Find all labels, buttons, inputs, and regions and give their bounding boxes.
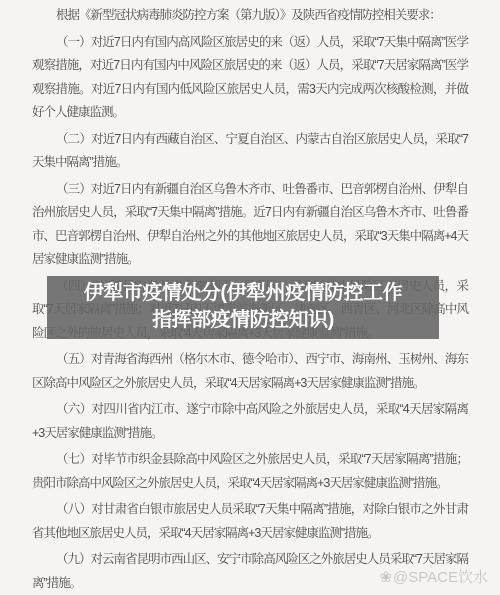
paragraph-4-with-overlay: （四）对近7日内有天津市津南区、西青区、河北区高中风险区旅居史人员，采取“7天居… — [32, 275, 468, 346]
policy-paragraph-3: （三）对近7日内有新疆自治区乌鲁木齐市、吐鲁番市、巴音郭楞自治州、伊犁自治州旅居… — [32, 178, 468, 272]
watermark: ❀@SPACE饮水 — [379, 566, 488, 587]
policy-paragraph-1: （一）对近7日内有国内高风险区旅居史的来（返）人员，采取“7天集中隔离”医学观察… — [32, 31, 468, 125]
intro-paragraph: 根据《新型冠状病毒肺炎防控方案（第九版）》及陕西省疫情防控相关要求： — [32, 4, 468, 28]
article-page: 根据《新型冠状病毒肺炎防控方案（第九版）》及陕西省疫情防控相关要求： （一）对近… — [0, 0, 500, 595]
overlay-title-line-1: 伊犁市疫情处分(伊犁州疫情防控工作 — [84, 280, 402, 307]
caption-overlay: 伊犁市疫情处分(伊犁州疫情防控工作 指挥部疫情防控知识) — [47, 276, 439, 339]
flower-icon: ❀ — [379, 569, 392, 586]
policy-paragraph-7: （七）对毕节市织金县除高中风险区之外旅居史人员，采取“7天居家隔离”措施；贵阳市… — [32, 448, 468, 495]
watermark-text: @SPACE饮水 — [393, 569, 488, 586]
policy-paragraph-2: （二）对近7日内有西藏自治区、宁夏自治区、内蒙古自治区旅居史人员，采取“7天集中… — [32, 128, 468, 175]
overlay-title-line-2: 指挥部疫情防控知识) — [152, 307, 334, 334]
policy-paragraph-8: （八）对甘肃省白银市旅居史人员采取“7天集中隔离”措施，对除白银市之外甘肃省其他… — [32, 498, 468, 545]
policy-paragraph-5: （五）对青海省海西州（格尔木市、德令哈市）、西宁市、海南州、玉树州、海东区除高中… — [32, 348, 468, 395]
policy-paragraph-6: （六）对四川省内江市、遂宁市除中高风险之外旅居史人员，采取“4天居家隔离+3天居… — [32, 398, 468, 445]
policy-text: 根据《新型冠状病毒肺炎防控方案（第九版）》及陕西省疫情防控相关要求： （一）对近… — [0, 0, 500, 595]
